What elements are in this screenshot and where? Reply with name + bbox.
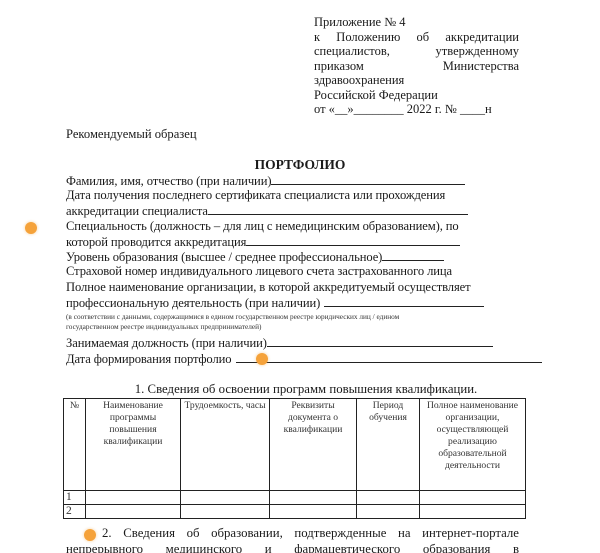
- field-cert-date-label: Дата получения последнего сертификата сп…: [66, 188, 445, 202]
- table-cell[interactable]: [420, 491, 526, 505]
- section2-heading-cont: непрерывного медицинского и фармацевтиче…: [66, 542, 519, 553]
- appendix-line: здравоохранения: [314, 73, 519, 88]
- field-label: профессиональную деятельность (при налич…: [66, 296, 320, 310]
- table-cell[interactable]: [181, 491, 270, 505]
- field-fio[interactable]: Фамилия, имя, отчество (при наличии): [66, 173, 465, 188]
- fill-line[interactable]: [236, 351, 542, 363]
- col-number: №: [64, 399, 86, 491]
- col-document: Реквизиты документа о квалификации: [270, 399, 357, 491]
- fill-line[interactable]: [382, 249, 444, 261]
- field-portfolio-date[interactable]: Дата формирования портфолио: [66, 351, 542, 366]
- field-label: Дата формирования портфолио: [66, 352, 232, 366]
- field-org-label: Полное наименование организации, в котор…: [66, 280, 471, 294]
- field-org[interactable]: профессиональную деятельность (при налич…: [66, 295, 484, 310]
- org-note: (в соответствии с данными, содержащимися…: [66, 312, 399, 322]
- row-number: 1: [64, 491, 86, 505]
- table-cell[interactable]: [270, 505, 357, 519]
- table-cell[interactable]: [357, 505, 420, 519]
- field-position[interactable]: Занимаемая должность (при наличии): [66, 335, 493, 350]
- table-cell[interactable]: [181, 505, 270, 519]
- recommended-sample-label: Рекомендуемый образец: [66, 127, 197, 142]
- fill-line[interactable]: [267, 335, 493, 347]
- field-specialty[interactable]: которой проводится аккредитация: [66, 234, 460, 249]
- col-program-name: Наименование программы повышения квалифи…: [86, 399, 181, 491]
- section1-heading: 1. Сведения об освоении программ повышен…: [0, 382, 600, 397]
- appendix-number: Приложение № 4: [314, 15, 519, 30]
- fill-line[interactable]: [246, 234, 460, 246]
- appendix-line: специалистов, утвержденному: [314, 44, 519, 59]
- appendix-line: к Положению об аккредитации: [314, 30, 519, 45]
- field-cert-date[interactable]: аккредитации специалиста: [66, 203, 468, 218]
- marker-dot-icon[interactable]: [256, 353, 268, 365]
- col-organization: Полное наименование организации, осущест…: [420, 399, 526, 491]
- fill-line[interactable]: [208, 203, 468, 215]
- table-cell[interactable]: [86, 505, 181, 519]
- section2-heading: 2. Сведения об образовании, подтвержденн…: [66, 526, 519, 541]
- table-cell[interactable]: [270, 491, 357, 505]
- org-note: государственном реестре индивидуальных п…: [66, 322, 261, 332]
- marker-dot-icon[interactable]: [25, 222, 37, 234]
- field-label: которой проводится аккредитация: [66, 235, 246, 249]
- row-number: 2: [64, 505, 86, 519]
- field-label: аккредитации специалиста: [66, 204, 208, 218]
- col-period: Период обучения: [357, 399, 420, 491]
- field-label: Занимаемая должность (при наличии): [66, 336, 267, 350]
- appendix-line: приказом Министерства: [314, 59, 519, 74]
- field-snils: Страховой номер индивидуального лицевого…: [66, 264, 452, 278]
- field-specialty-label: Специальность (должность – для лиц с нем…: [66, 219, 459, 233]
- marker-dot-icon[interactable]: [84, 529, 96, 541]
- col-hours: Трудоемкость, часы: [181, 399, 270, 491]
- page-title: ПОРТФОЛИО: [0, 157, 600, 173]
- appendix-order-line: от «__»________ 2022 г. № ____н: [314, 102, 519, 117]
- fill-line[interactable]: [271, 173, 465, 185]
- table-row: 2: [64, 505, 526, 519]
- table-cell[interactable]: [86, 491, 181, 505]
- table-cell[interactable]: [420, 505, 526, 519]
- field-edu-level[interactable]: Уровень образования (высшее / среднее пр…: [66, 249, 444, 264]
- fill-line[interactable]: [324, 295, 484, 307]
- table-header-row: № Наименование программы повышения квали…: [64, 399, 526, 491]
- appendix-line: Российской Федерации: [314, 88, 519, 103]
- field-label: Фамилия, имя, отчество (при наличии): [66, 174, 271, 188]
- qualification-table: № Наименование программы повышения квали…: [63, 398, 526, 519]
- appendix-block: Приложение № 4 к Положению об аккредитац…: [314, 15, 519, 117]
- table-row: 1: [64, 491, 526, 505]
- table-cell[interactable]: [357, 491, 420, 505]
- field-label: Уровень образования (высшее / среднее пр…: [66, 250, 382, 264]
